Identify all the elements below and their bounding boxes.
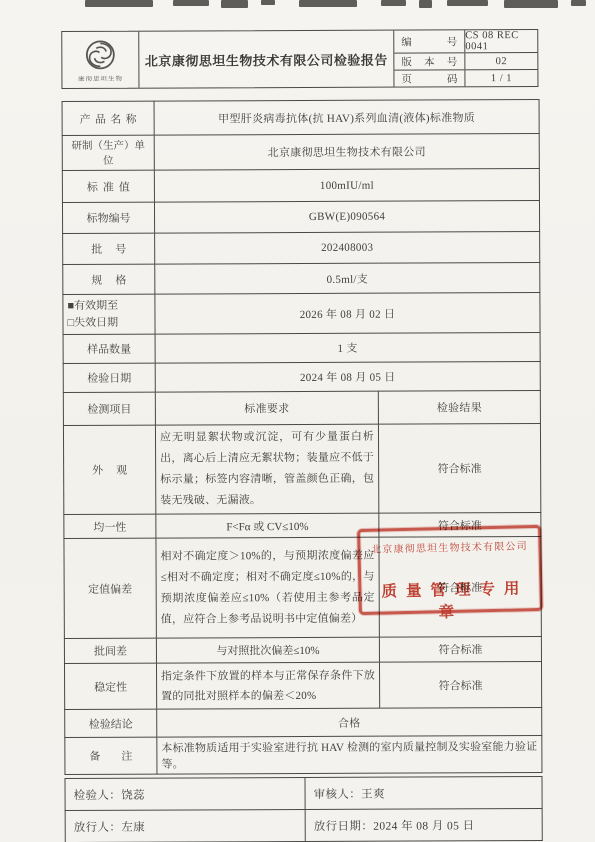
report-header: 康彻思坦生物 北京康彻思坦生物技术有限公司检验报告 编号 CS 08 REC 0… <box>61 29 538 89</box>
signature-row: 放行人：左康 放行日期：2024 年 08 月 05 日 <box>65 809 542 842</box>
conclusion-label: 检验结论 <box>65 710 157 738</box>
scan-artifact <box>447 0 488 6</box>
test-header-result: 检验结果 <box>378 390 540 424</box>
test-result: 符合标准 <box>378 423 540 513</box>
remark-value: 本标准物质适用于实验室进行抗 HAV 检测的室内质量控制及实验室能力验证等。 <box>157 736 542 775</box>
releaser-label: 放行人： <box>74 822 122 834</box>
signature-table: 检验人：饶蕊 审核人：王爽 放行人：左康 放行日期：2024 年 08 月 05… <box>64 776 542 842</box>
info-label-standard-value: 标准值 <box>62 170 154 202</box>
meta-row-page: 页码 1 / 1 <box>394 70 537 87</box>
scan-artifact <box>85 0 153 7</box>
info-value-standard-value: 100mIU/ml <box>154 168 539 202</box>
test-result: 符合标准 <box>379 513 541 538</box>
scan-artifact <box>261 0 275 5</box>
info-value-expiry: 2026 年 08 月 02 日 <box>155 292 540 334</box>
test-item: 定值偏差 <box>64 539 156 639</box>
release-date-label: 放行日期： <box>314 821 374 833</box>
report-sheet: 康彻思坦生物 北京康彻思坦生物技术有限公司检验报告 编号 CS 08 REC 0… <box>61 29 542 842</box>
scan-artifact <box>173 0 209 6</box>
info-label-lot-number: 批号 <box>63 233 155 264</box>
meta-value-page: 1 / 1 <box>465 70 537 86</box>
test-row-value-deviation: 定值偏差 相对不确定度＞10%的，与预期浓度偏差应≤相对不确定度；相对不确定度≤… <box>64 537 541 639</box>
test-result: 符合标准 <box>379 637 541 663</box>
meta-value-version: 02 <box>465 53 537 69</box>
test-row-stability: 稳定性 指定条件下放置的样本与正常保存条件下放置的同批对照样本的偏差＜20% 符… <box>64 662 541 710</box>
scan-artifact <box>504 0 558 8</box>
test-header-row: 检测项目 标准要求 检验结果 <box>63 390 540 425</box>
test-row-appearance: 外观 应无明显絮状物或沉淀，可有少量蛋白析出，离心后上清应无絮状物；装量应不低于… <box>63 423 540 515</box>
signature-row: 检验人：饶蕊 审核人：王爽 <box>65 777 542 811</box>
report-title: 北京康彻思坦生物技术有限公司检验报告 <box>139 31 394 88</box>
reviewer-cell: 审核人：王爽 <box>305 777 542 810</box>
info-label-product-name: 产品名称 <box>62 101 154 135</box>
test-requirement: F<Fα 或 CV≤10% <box>156 514 379 539</box>
releaser-name: 左康 <box>121 822 145 834</box>
release-date-value: 2024 年 08 月 05 日 <box>373 820 474 832</box>
test-requirement: 应无明显絮状物或沉淀，可有少量蛋白析出，离心后上清应无絮状物；装量应不低于标示量… <box>155 424 378 514</box>
info-label-sample-qty: 样品数量 <box>63 334 155 363</box>
test-result: 符合标准 <box>379 662 541 709</box>
info-value-product-name: 甲型肝炎病毒抗体(抗 HAV)系列血清(液体)标准物质 <box>154 99 539 135</box>
table-row: 标物编号 GBW(E)090564 <box>62 200 539 233</box>
test-item: 批间差 <box>64 639 156 664</box>
conclusion-value: 合格 <box>157 708 542 738</box>
company-logo: 康彻思坦生物 <box>62 32 139 88</box>
meta-label: 编号 <box>394 30 465 52</box>
swirl-logo-icon <box>82 37 118 73</box>
inspector-label: 检验人： <box>74 790 122 802</box>
table-row: 研制（生产）单位 北京康彻思坦生物技术有限公司 <box>62 133 539 170</box>
test-header-item: 检测项目 <box>63 392 155 425</box>
scan-artifact <box>299 0 357 7</box>
checkbox-valid-until: ■有效期至 <box>67 297 150 314</box>
conclusion-row: 检验结论 合格 <box>65 708 542 738</box>
checkbox-expiry-date: □失效日期 <box>67 314 150 331</box>
table-row: ■有效期至 □失效日期 2026 年 08 月 02 日 <box>63 292 540 334</box>
info-value-test-date: 2024 年 08 月 05 日 <box>155 361 540 392</box>
table-row: 样品数量 1 支 <box>63 332 540 363</box>
info-value-sample-qty: 1 支 <box>155 332 540 363</box>
test-requirement: 相对不确定度＞10%的，与预期浓度偏差应≤相对不确定度；相对不确定度≤10%的，… <box>156 538 379 639</box>
releaser-cell: 放行人：左康 <box>65 810 305 842</box>
scan-artifact <box>419 0 432 8</box>
report-main-table: 产品名称 甲型肝炎病毒抗体(抗 HAV)系列血清(液体)标准物质 研制（生产）单… <box>62 99 543 776</box>
test-result: 符合标准 <box>379 537 541 638</box>
remark-label: 备注 <box>65 738 157 775</box>
table-row: 规格 0.5ml/支 <box>63 262 540 294</box>
meta-value-number: CS 08 REC 0041 <box>465 30 537 52</box>
info-value-material-code: GBW(E)090564 <box>154 200 539 233</box>
inspector-cell: 检验人：饶蕊 <box>65 778 305 811</box>
info-label-specification: 规格 <box>63 264 155 294</box>
scanned-report-page: 康彻思坦生物 北京康彻思坦生物技术有限公司检验报告 编号 CS 08 REC 0… <box>0 0 595 842</box>
test-row-uniformity: 均一性 F<Fα 或 CV≤10% 符合标准 <box>64 513 541 539</box>
test-item: 均一性 <box>64 515 156 539</box>
test-row-batch-difference: 批间差 与对照批次偏差≤10% 符合标准 <box>64 637 541 664</box>
table-row: 检验日期 2024 年 08 月 05 日 <box>63 361 540 392</box>
table-row: 批号 202408003 <box>63 231 540 264</box>
info-label-test-date: 检验日期 <box>63 363 155 392</box>
info-label-material-code: 标物编号 <box>62 202 154 233</box>
reviewer-name: 王爽 <box>361 789 385 801</box>
test-requirement: 与对照批次偏差≤10% <box>156 638 379 664</box>
remark-row: 备注 本标准物质适用于实验室进行抗 HAV 检测的室内质量控制及实验室能力验证等… <box>65 736 542 775</box>
meta-label: 版本号 <box>394 53 465 69</box>
info-value-specification: 0.5ml/支 <box>155 262 540 294</box>
info-value-lot-number: 202408003 <box>155 231 540 264</box>
test-item: 外观 <box>63 425 155 515</box>
scan-artifact <box>221 0 248 8</box>
test-item: 稳定性 <box>64 664 156 710</box>
info-value-manufacturer: 北京康彻思坦生物技术有限公司 <box>154 133 539 170</box>
meta-row-number: 编号 CS 08 REC 0041 <box>394 30 537 54</box>
scan-artifact <box>381 0 406 6</box>
info-label-manufacturer: 研制（生产）单位 <box>62 135 154 170</box>
info-label-expiry: ■有效期至 □失效日期 <box>63 294 155 334</box>
logo-caption: 康彻思坦生物 <box>78 74 123 82</box>
test-requirement: 指定条件下放置的样本与正常保存条件下放置的同批对照样本的偏差＜20% <box>156 663 379 710</box>
test-header-requirement: 标准要求 <box>155 391 378 425</box>
inspector-name: 饶蕊 <box>121 790 145 802</box>
table-row: 标准值 100mIU/ml <box>62 168 539 202</box>
table-row: 产品名称 甲型肝炎病毒抗体(抗 HAV)系列血清(液体)标准物质 <box>62 99 539 135</box>
meta-row-version: 版本号 02 <box>394 53 537 71</box>
reviewer-label: 审核人： <box>314 789 362 801</box>
meta-label: 页码 <box>394 70 465 86</box>
header-meta-table: 编号 CS 08 REC 0041 版本号 02 页码 1 / 1 <box>394 30 537 87</box>
release-date-cell: 放行日期：2024 年 08 月 05 日 <box>305 809 542 842</box>
scan-artifact <box>571 0 586 6</box>
